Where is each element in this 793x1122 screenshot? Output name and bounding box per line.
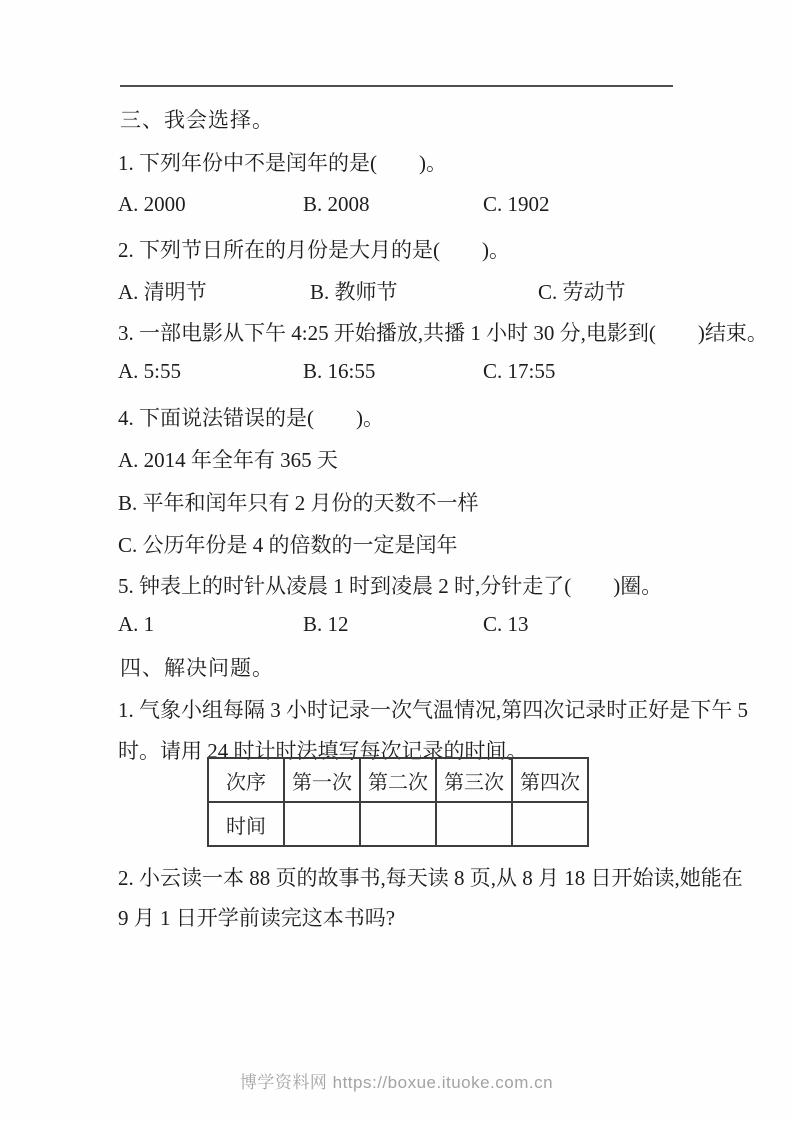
table-row-label: 时间: [208, 802, 284, 846]
table-answer-cell: [360, 802, 436, 846]
solve-q2-line2: 9 月 1 日开学前读完这本书吗?: [118, 902, 683, 932]
table-answer-row: 时间: [208, 802, 588, 846]
choice-q2-option-a: A. 清明节: [118, 276, 310, 306]
choice-q3-option-c: C. 17:55: [483, 359, 683, 384]
record-time-table: 次序 第一次 第二次 第三次 第四次 时间: [207, 757, 589, 847]
choice-q1-option-a: A. 2000: [118, 192, 303, 217]
table-answer-cell: [436, 802, 512, 846]
solve-q1-line1: 1. 气象小组每隔 3 小时记录一次气温情况,第四次记录时正好是下午 5: [118, 694, 683, 724]
table-header-cell: 次序: [208, 758, 284, 802]
choice-q5-option-c: C. 13: [483, 612, 683, 637]
choice-q5-text: 5. 钟表上的时针从凌晨 1 时到凌晨 2 时,分针走了( )圈。: [118, 570, 683, 600]
choice-q4-option-c: C. 公历年份是 4 的倍数的一定是闰年: [118, 529, 683, 559]
table-answer-cell: [284, 802, 360, 846]
worksheet-page: 三、我会选择。 1. 下列年份中不是闰年的是( )。 A. 2000 B. 20…: [0, 0, 793, 1122]
choice-q1-text: 1. 下列年份中不是闰年的是( )。: [118, 147, 683, 177]
choice-q3-option-a: A. 5:55: [118, 359, 303, 384]
table-header-cell: 第四次: [512, 758, 588, 802]
choice-q3-text: 3. 一部电影从下午 4:25 开始播放,共播 1 小时 30 分,电影到( )…: [118, 317, 683, 347]
choice-q1-option-c: C. 1902: [483, 192, 683, 217]
watermark-footer: 博学资料网 https://boxue.ituoke.com.cn: [0, 1068, 793, 1093]
choice-q3-options: A. 5:55 B. 16:55 C. 17:55: [118, 359, 683, 384]
choice-q2-option-c: C. 劳动节: [538, 276, 683, 306]
choice-q2-text: 2. 下列节日所在的月份是大月的是( )。: [118, 234, 683, 264]
section-solve-heading: 四、解决问题。: [120, 652, 685, 682]
choice-q5-option-b: B. 12: [303, 612, 483, 637]
table-header-cell: 第三次: [436, 758, 512, 802]
section-choice-heading: 三、我会选择。: [120, 104, 685, 134]
choice-q2-options: A. 清明节 B. 教师节 C. 劳动节: [118, 276, 683, 306]
choice-q4-text: 4. 下面说法错误的是( )。: [118, 402, 683, 432]
choice-q1-options: A. 2000 B. 2008 C. 1902: [118, 192, 683, 217]
solve-q2-line1: 2. 小云读一本 88 页的故事书,每天读 8 页,从 8 月 18 日开始读,…: [118, 862, 683, 892]
choice-q5-option-a: A. 1: [118, 612, 303, 637]
choice-q5-options: A. 1 B. 12 C. 13: [118, 612, 683, 637]
choice-q4-option-a: A. 2014 年全年有 365 天: [118, 444, 683, 474]
table-header-row: 次序 第一次 第二次 第三次 第四次: [208, 758, 588, 802]
top-divider: [120, 85, 673, 87]
table-header-cell: 第一次: [284, 758, 360, 802]
choice-q1-option-b: B. 2008: [303, 192, 483, 217]
choice-q2-option-b: B. 教师节: [310, 276, 538, 306]
choice-q3-option-b: B. 16:55: [303, 359, 483, 384]
table-answer-cell: [512, 802, 588, 846]
table-header-cell: 第二次: [360, 758, 436, 802]
choice-q4-option-b: B. 平年和闰年只有 2 月份的天数不一样: [118, 487, 683, 517]
